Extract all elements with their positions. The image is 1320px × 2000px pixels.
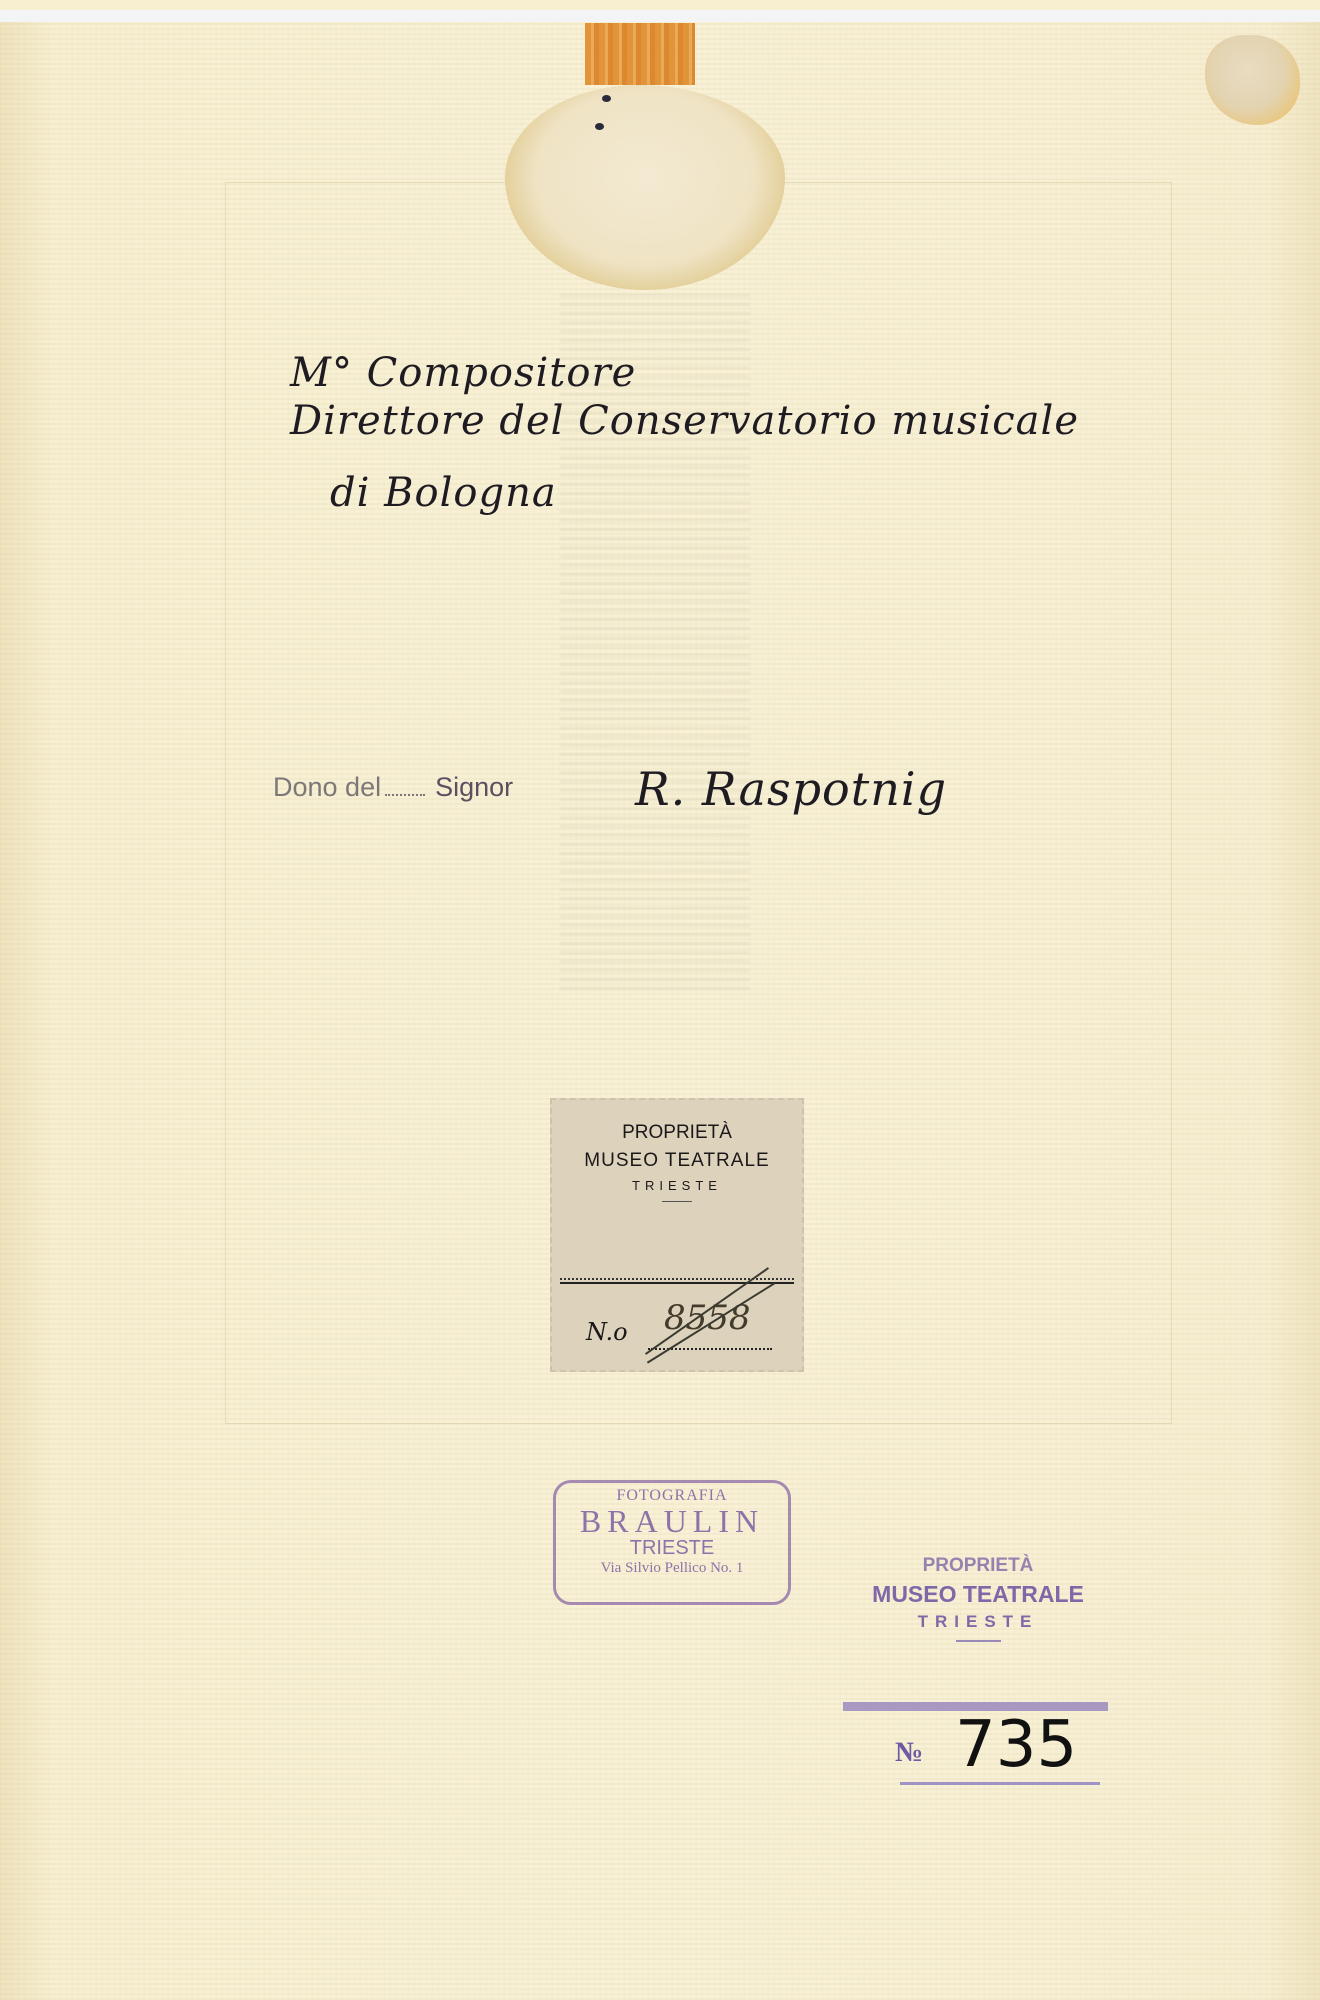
label-dotted-line	[560, 1278, 794, 1280]
inscription-line-2: Direttore del Conservatorio musicale	[290, 398, 1079, 444]
label-rule	[662, 1201, 692, 1202]
stamp-address: Via Silvio Pellico No. 1	[556, 1560, 788, 1577]
orange-tape-residue	[585, 23, 695, 85]
inscription-line-3: di Bologna	[330, 470, 557, 516]
dono-del-label: Dono del	[273, 772, 381, 802]
photographer-stamp: FOTOGRAFIA BRAULIN TRIESTE Via Silvio Pe…	[553, 1480, 791, 1605]
signor-label: Signor	[435, 772, 513, 802]
label-solid-line	[560, 1282, 794, 1284]
stamp-city: TRIESTE	[556, 1537, 788, 1560]
label-number-prefix: N.o	[586, 1318, 628, 1346]
stamp-braulin-name: BRAULIN	[556, 1505, 788, 1537]
ink-spot	[602, 95, 611, 102]
label-proprieta: PROPRIETÀ	[552, 1122, 802, 1144]
document-page: M° Compositore Direttore del Conservator…	[0, 10, 1320, 2000]
prop-stamp-rule	[956, 1640, 1001, 1642]
property-stamp: PROPRIETÀ MUSEO TEATRALE TRIESTE	[858, 1555, 1098, 1642]
dotted-blank	[385, 794, 425, 796]
ink-spot	[595, 123, 604, 130]
inventory-number: 735	[955, 1708, 1077, 1782]
museum-property-label: PROPRIETÀ MUSEO TEATRALE TRIESTE N.o 855…	[550, 1098, 804, 1372]
donation-printed-line: Dono delSignor	[273, 772, 513, 803]
number-underline	[900, 1782, 1100, 1785]
scan-top-edge	[0, 10, 1320, 22]
label-museo: MUSEO TEATRALE	[552, 1150, 802, 1172]
numero-sign: №	[895, 1737, 923, 1769]
inscription-line-1: M° Compositore	[290, 350, 636, 396]
label-city: TRIESTE	[552, 1178, 802, 1193]
donor-signature: R. Raspotnig	[635, 762, 947, 816]
prop-stamp-museo: MUSEO TEATRALE	[858, 1581, 1098, 1608]
prop-stamp-city: TRIESTE	[858, 1612, 1098, 1632]
corner-stain	[1205, 35, 1300, 125]
prop-stamp-proprieta: PROPRIETÀ	[858, 1555, 1098, 1577]
